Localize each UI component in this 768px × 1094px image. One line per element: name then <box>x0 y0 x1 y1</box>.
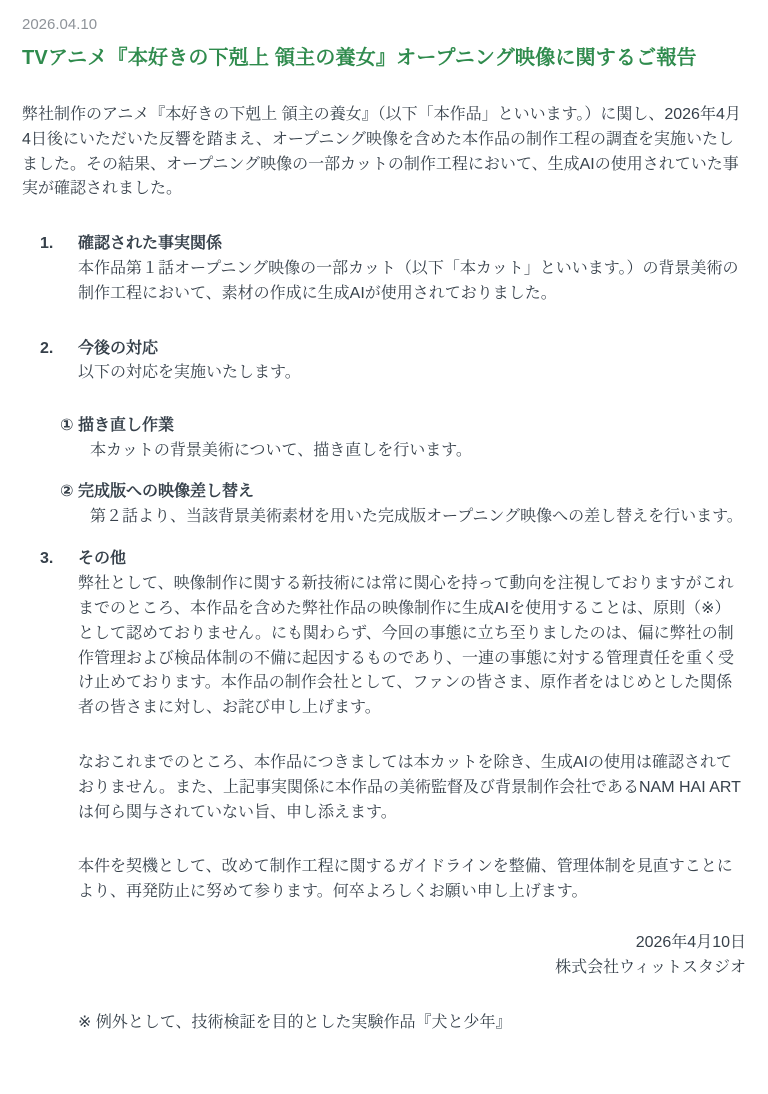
section-heading: その他 <box>78 547 746 572</box>
section-paragraph: 弊社として、映像制作に関する新技術には常に関心を持って動向を注視しておりますがこ… <box>78 572 746 721</box>
section-body: 以下の対応を実施いたします。 <box>78 361 746 386</box>
signoff-date: 2026年4月10日 <box>22 931 746 956</box>
page-title: TVアニメ『本好きの下剋上 領主の養女』オープニング映像に関するご報告 <box>22 44 746 73</box>
published-date: 2026.04.10 <box>22 14 746 35</box>
section-body: 本作品第１話オープニング映像の一部カット（以下「本カット」といいます。）の背景美… <box>78 257 746 307</box>
section-heading: 今後の対応 <box>78 337 746 362</box>
section-number: 2. <box>40 337 78 362</box>
subitem-heading: ① 描き直し作業 <box>60 414 746 439</box>
company-name: 株式会社ウィットスタジオ <box>22 956 746 981</box>
announcement-document: 2026.04.10 TVアニメ『本好きの下剋上 領主の養女』オープニング映像に… <box>0 0 768 1094</box>
subitem-replace: ② 完成版への映像差し替え 第２話より、当該背景美術素材を用いた完成版オープニン… <box>60 480 746 530</box>
subitem-heading: ② 完成版への映像差し替え <box>60 480 746 505</box>
subitem-body: 本カットの背景美術について、描き直しを行います。 <box>90 439 746 464</box>
section-paragraph: なおこれまでのところ、本作品につきましては本カットを除き、生成AIの使用は確認さ… <box>78 751 746 825</box>
section-number: 1. <box>40 232 78 257</box>
footnote: ※ 例外として、技術検証を目的とした実験作品『犬と少年』 <box>78 1011 746 1036</box>
section-number: 3. <box>40 547 78 572</box>
section-paragraph: 本件を契機として、改めて制作工程に関するガイドラインを整備、管理体制を見直すこと… <box>78 855 746 905</box>
subitem-redraw: ① 描き直し作業 本カットの背景美術について、描き直しを行います。 <box>60 414 746 464</box>
section-response: 2. 今後の対応 以下の対応を実施いたします。 <box>22 337 746 387</box>
section-heading: 確認された事実関係 <box>78 232 746 257</box>
signoff-block: 2026年4月10日 株式会社ウィットスタジオ <box>22 931 746 981</box>
section-other: 3. その他 弊社として、映像制作に関する新技術には常に関心を持って動向を注視し… <box>22 547 746 905</box>
subitem-body: 第２話より、当該背景美術素材を用いた完成版オープニング映像への差し替えを行います… <box>90 505 746 530</box>
section-facts: 1. 確認された事実関係 本作品第１話オープニング映像の一部カット（以下「本カッ… <box>22 232 746 306</box>
intro-paragraph: 弊社制作のアニメ『本好きの下剋上 領主の養女』（以下「本作品」といいます。）に関… <box>22 103 746 202</box>
